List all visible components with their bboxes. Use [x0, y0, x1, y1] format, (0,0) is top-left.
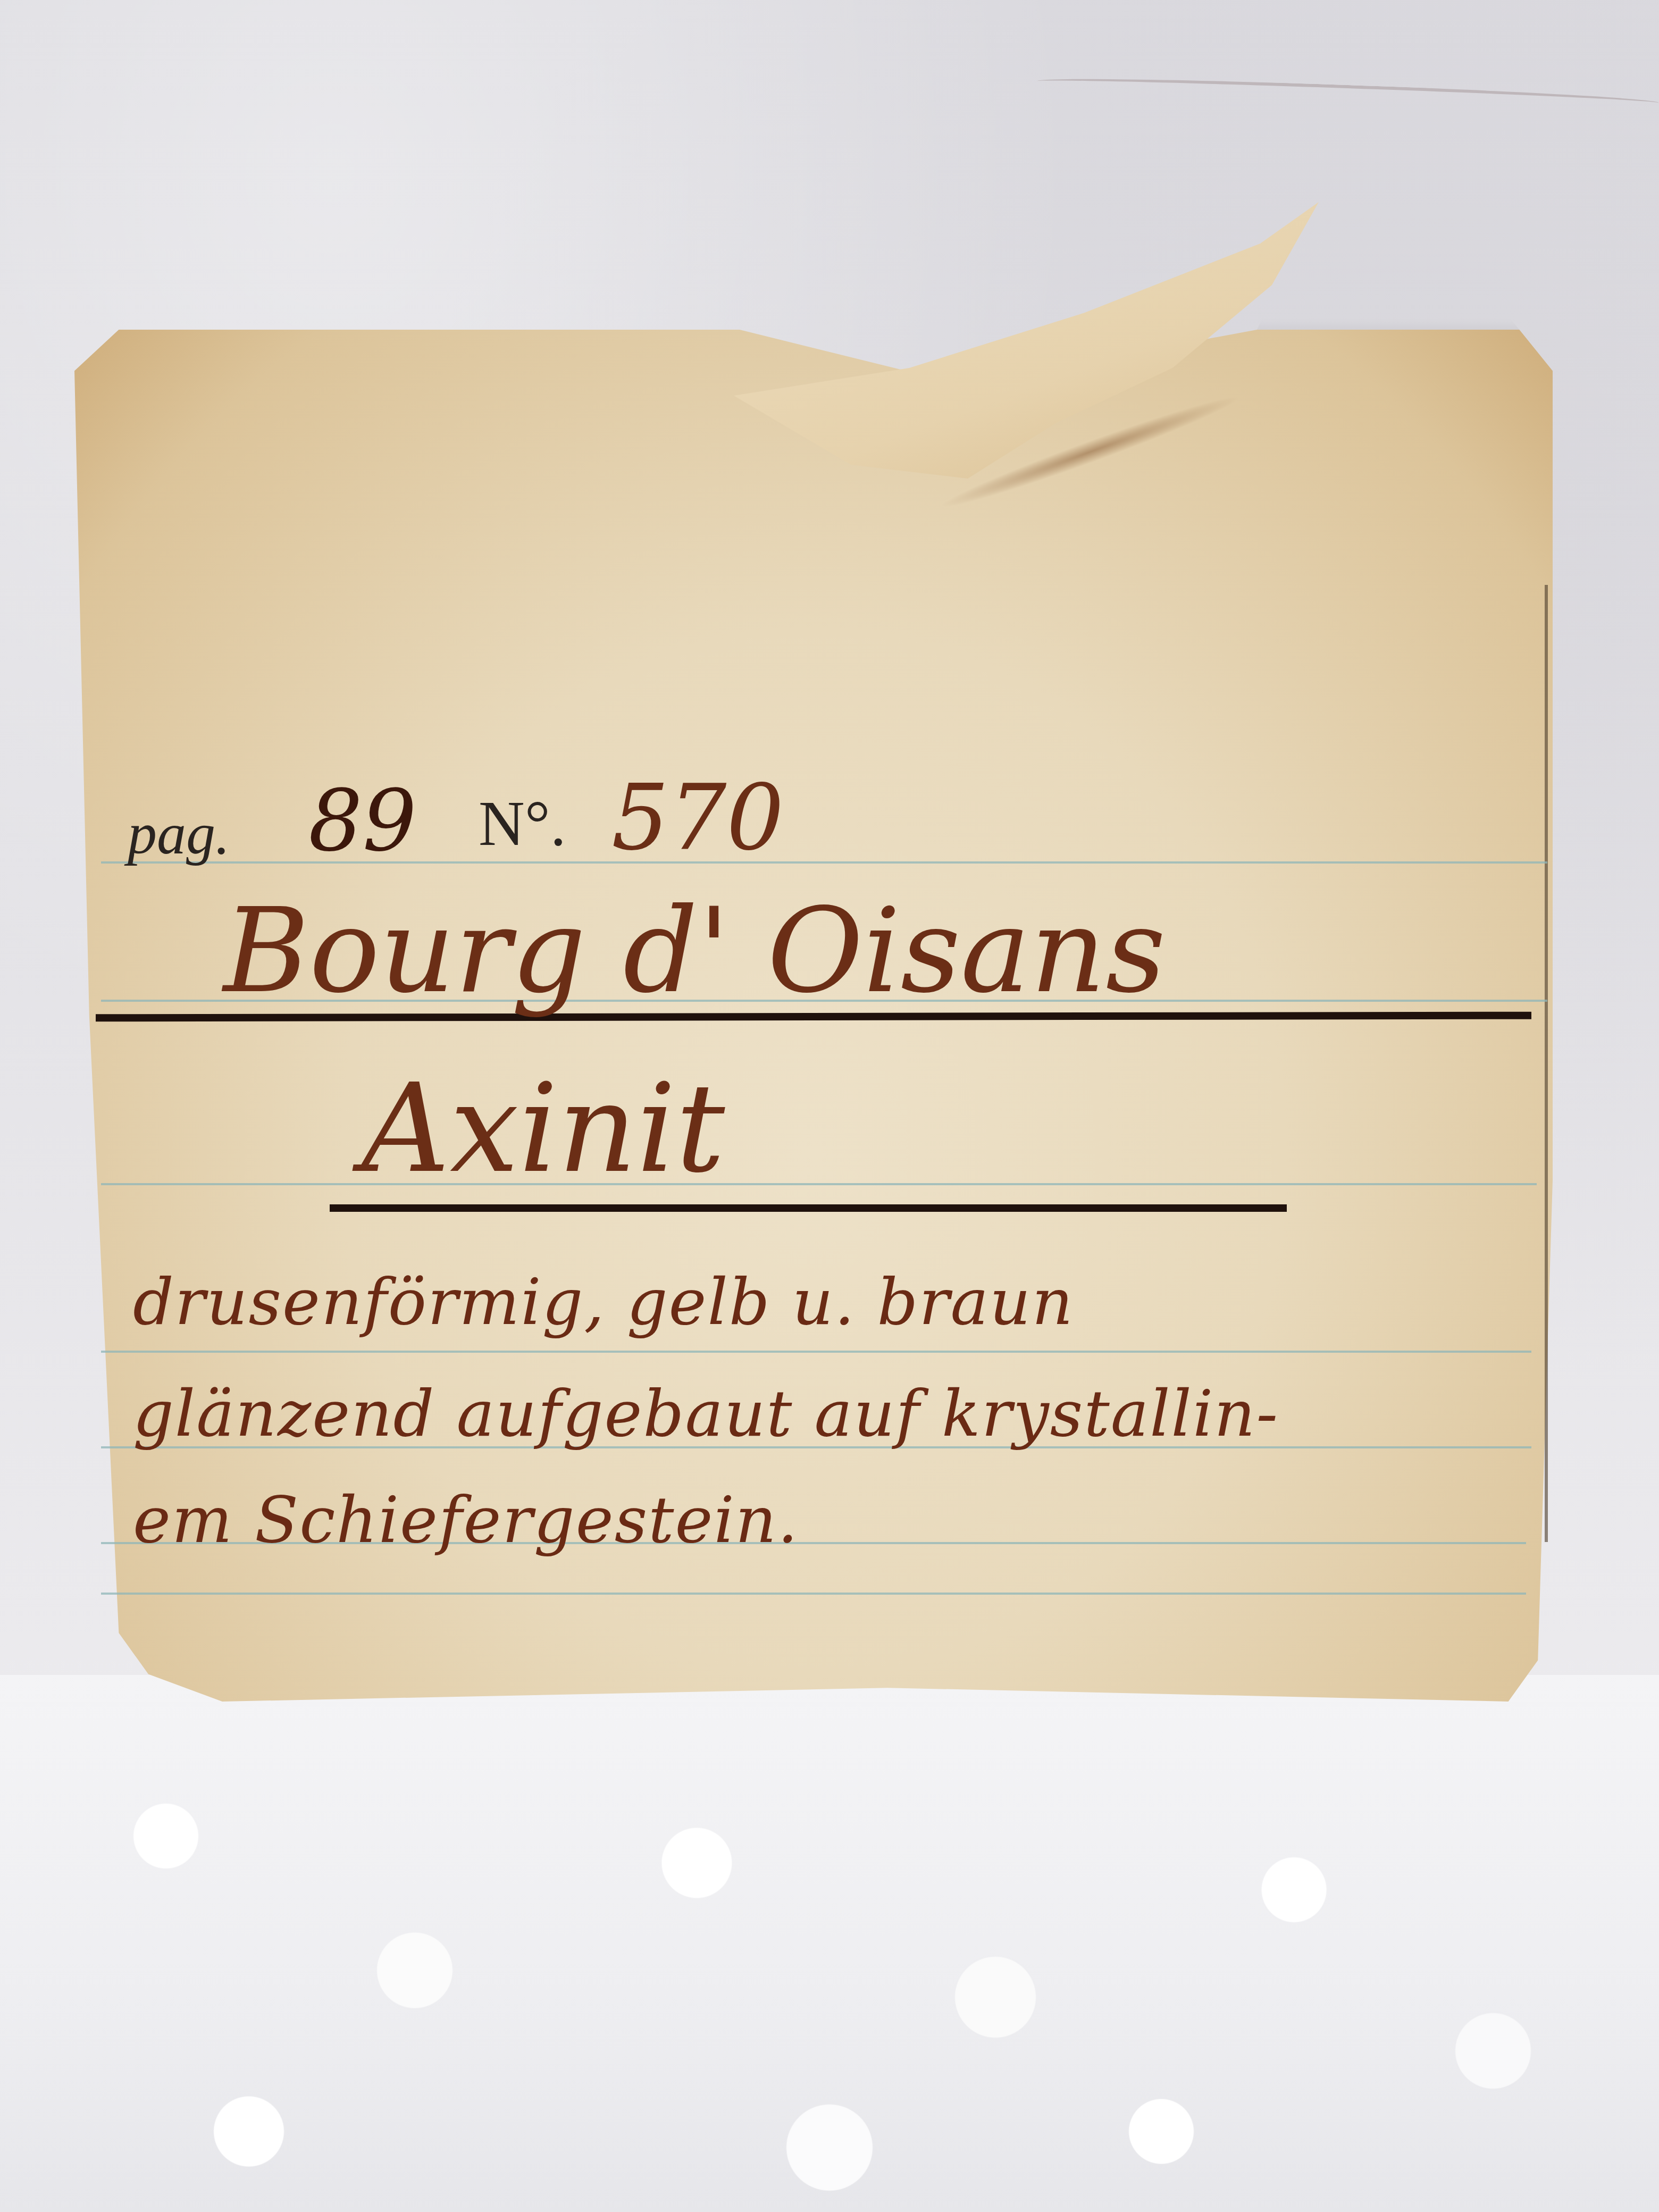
page-number: 89	[308, 771, 417, 870]
rule-line	[101, 1351, 1531, 1353]
card-edge-shadow	[1545, 585, 1548, 1542]
styrofoam-base	[0, 1675, 1659, 2212]
wall-crack	[1037, 74, 1659, 110]
number-prefix-label: N°.	[479, 787, 566, 860]
rule-line	[101, 1593, 1526, 1595]
description-line: glänzend aufgebaut auf krystallin-	[133, 1377, 1279, 1451]
page-prefix-label: pag.	[128, 800, 230, 868]
locality-text: Bourg d' Oisans	[223, 883, 1166, 1019]
mineral-underline	[330, 1204, 1287, 1212]
catalog-number: 570	[611, 766, 784, 871]
description-line: drusenförmig, gelb u. braun	[133, 1266, 1074, 1339]
rule-line	[101, 1183, 1537, 1185]
mineral-name: Axinit	[362, 1058, 725, 1200]
description-line: em Schiefergestein.	[133, 1484, 799, 1557]
